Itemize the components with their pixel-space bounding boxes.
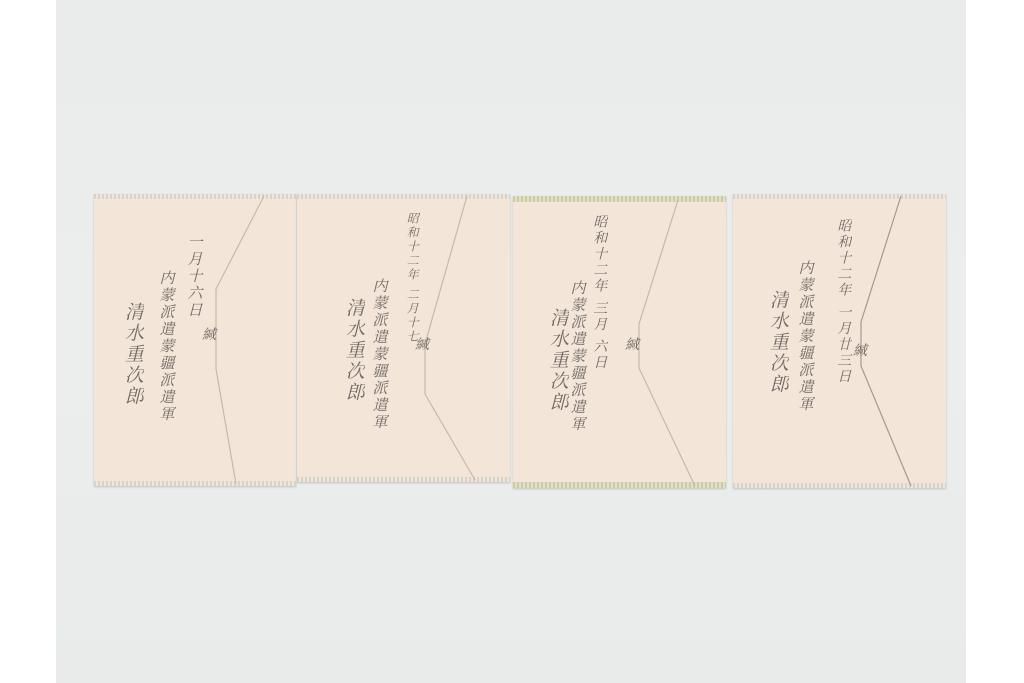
handwritten-date: 昭和十二年 三月 六日: [591, 214, 606, 371]
seal-mark: 緘: [853, 340, 867, 360]
envelope-flap: [513, 196, 726, 488]
handwritten-date: 昭和十二年 一月廿三日: [835, 218, 850, 384]
seal-mark: 緘: [625, 334, 639, 354]
handwritten-address: 内蒙派遣蒙疆派遣軍: [371, 278, 388, 431]
handwritten-recipient: 清水重次郎: [343, 298, 364, 403]
envelope-3: 昭和十二年 三月 六日 内蒙派遣蒙疆派遣軍 清水重次郎 緘: [513, 196, 726, 488]
envelope-4: 昭和十二年 一月廿三日 内蒙派遣蒙疆派遣軍 清水重次郎 緘: [733, 194, 946, 488]
envelope-flap: [297, 194, 510, 482]
handwritten-address: 内蒙派遣蒙疆派遣軍: [797, 260, 814, 413]
seal-mark: 緘: [202, 324, 216, 344]
handwritten-recipient: 清水重次郎: [767, 290, 788, 395]
envelope-1: 一月十六日 内蒙派遣蒙疆派遣軍 清水重次郎 緘: [94, 194, 296, 486]
seal-mark: 緘: [415, 334, 429, 354]
envelope-2: 昭和十二年 二月十七 内蒙派遣蒙疆派遣軍 清水重次郎 緘: [297, 194, 510, 482]
handwritten-recipient: 清水重次郎: [122, 302, 143, 407]
handwritten-date: 昭和十二年 二月十七: [405, 212, 418, 344]
handwritten-address: 内蒙派遣蒙疆派遣軍: [569, 280, 586, 433]
handwritten-address: 内蒙派遣蒙疆派遣軍: [158, 270, 175, 423]
handwritten-date: 一月十六日: [186, 234, 203, 319]
handwritten-recipient: 清水重次郎: [547, 308, 568, 413]
